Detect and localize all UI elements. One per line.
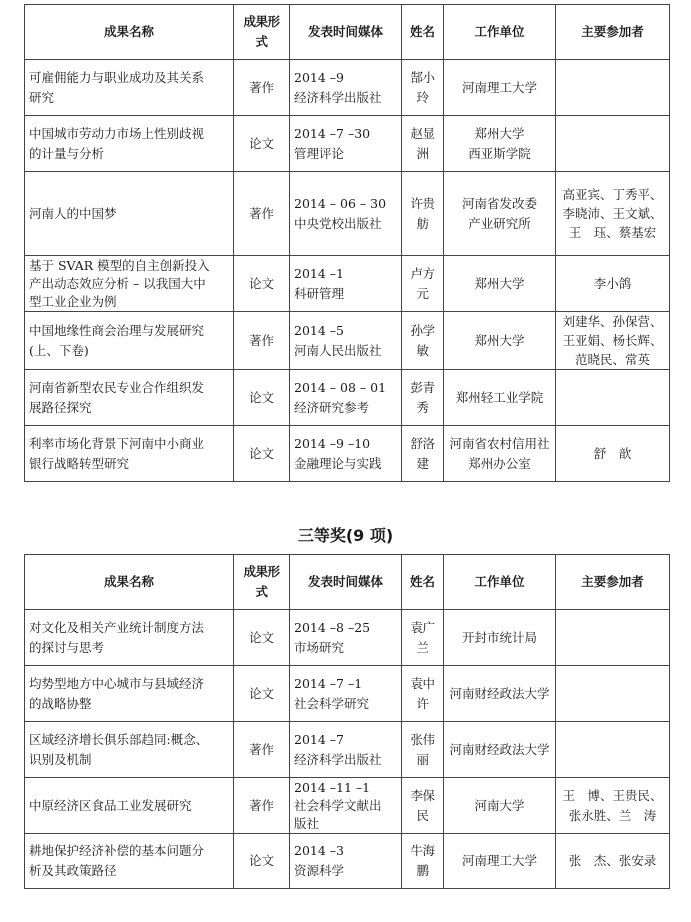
publish-media: 管理评论: [294, 144, 397, 164]
publish-media: 社会科学研究: [294, 694, 397, 714]
cell-participants: 舒 歆: [556, 426, 670, 482]
cell-author: 许贵舫: [402, 172, 444, 256]
publish-media: 中央党校出版社: [294, 214, 397, 234]
header-name: 姓名: [402, 5, 444, 60]
text-line: 耕地保护经济补偿的基本问题分: [29, 841, 229, 861]
header-title: 成果名称: [25, 555, 234, 610]
cell-author: 彭青秀: [402, 370, 444, 426]
publish-date: 2014 – 06 – 30: [294, 194, 397, 214]
text-line: 的战略协整: [29, 694, 229, 714]
cell-unit: 河南财经政法大学: [444, 666, 556, 722]
cell-form: 论文: [234, 610, 290, 666]
table-row: 均势型地方中心城市与县域经济的战略协整论文2014 –7 –1社会科学研究袁中许…: [25, 666, 670, 722]
cell-publish: 2014 –7经济科学出版社: [290, 722, 402, 778]
cell-publish: 2014 –1科研管理: [290, 256, 402, 312]
table-body: 对文化及相关产业统计制度方法的探讨与思考论文2014 –8 –25市场研究袁广兰…: [25, 610, 670, 889]
text-line: 张 杰、张安录: [560, 851, 665, 871]
cell-author: 牛海鹏: [402, 834, 444, 889]
publish-media: 科研管理: [294, 284, 397, 304]
cell-title: 耕地保护经济补偿的基本问题分析及其政策路径: [25, 834, 234, 889]
text-line: 河南理工大学: [448, 78, 551, 98]
text-line: 可雇佣能力与职业成功及其关系: [29, 68, 229, 88]
header-form: 成果形式: [234, 5, 290, 60]
text-line: 郑州轻工业学院: [448, 388, 551, 408]
table-row: 河南省新型农民专业合作组织发展路径探究论文2014 – 08 – 01经济研究参…: [25, 370, 670, 426]
text-line: 河南省新型农民专业合作组织发: [29, 378, 229, 398]
text-line: 区域经济增长俱乐部趋同:概念、: [29, 730, 229, 750]
text-line: 王亚娟、杨长辉、: [560, 331, 665, 350]
publish-date: 2014 –7 –1: [294, 674, 397, 694]
text-line: 河南大学: [448, 796, 551, 816]
publish-media: 河南人民出版社: [294, 341, 397, 361]
text-line: 析及其政策路径: [29, 861, 229, 881]
cell-title: 中国地缘性商会治理与发展研究(上、下卷): [25, 312, 234, 370]
cell-form: 著作: [234, 172, 290, 256]
text-line: 中国地缘性商会治理与发展研究: [29, 321, 229, 341]
cell-title: 河南省新型农民专业合作组织发展路径探究: [25, 370, 234, 426]
cell-title: 基于 SVAR 模型的自主创新投入产出动态效应分析 – 以我国大中型工业企业为例: [25, 256, 234, 312]
cell-publish: 2014 – 08 – 01经济研究参考: [290, 370, 402, 426]
cell-unit: 河南理工大学: [444, 834, 556, 889]
cell-participants: [556, 610, 670, 666]
cell-unit: 河南大学: [444, 778, 556, 834]
cell-participants: [556, 722, 670, 778]
cell-author: 袁广兰: [402, 610, 444, 666]
table-header-row: 成果名称 成果形式 发表时间媒体 姓名 工作单位 主要参加者: [25, 555, 670, 610]
cell-publish: 2014 –11 –1社会科学文献出版社: [290, 778, 402, 834]
header-form: 成果形式: [234, 555, 290, 610]
cell-publish: 2014 – 06 – 30中央党校出版社: [290, 172, 402, 256]
text-line: 开封市统计局: [448, 628, 551, 648]
text-line: 的探讨与思考: [29, 638, 229, 658]
cell-publish: 2014 –9经济科学出版社: [290, 60, 402, 116]
text-line: 王 珏、蔡基宏: [560, 223, 665, 242]
text-line: 李小鸽: [560, 274, 665, 294]
header-unit: 工作单位: [444, 5, 556, 60]
cell-publish: 2014 –3资源科学: [290, 834, 402, 889]
table-row: 耕地保护经济补偿的基本问题分析及其政策路径论文2014 –3资源科学牛海鹏河南理…: [25, 834, 670, 889]
cell-title: 河南人的中国梦: [25, 172, 234, 256]
text-line: 产出动态效应分析 – 以我国大中: [29, 275, 229, 293]
cell-unit: 郑州轻工业学院: [444, 370, 556, 426]
publish-date: 2014 –11 –1: [294, 779, 397, 797]
text-line: 王 博、王贵民、: [560, 786, 665, 806]
publish-date: 2014 –3: [294, 841, 397, 861]
awards-table-third-prize: 成果名称 成果形式 发表时间媒体 姓名 工作单位 主要参加者 对文化及相关产业统…: [24, 554, 670, 889]
cell-title: 区域经济增长俱乐部趋同:概念、识别及机制: [25, 722, 234, 778]
cell-author: 卢方元: [402, 256, 444, 312]
text-line: 范晓民、常英: [560, 350, 665, 369]
publish-date: 2014 –7: [294, 730, 397, 750]
header-publish: 发表时间媒体: [290, 5, 402, 60]
table-row: 对文化及相关产业统计制度方法的探讨与思考论文2014 –8 –25市场研究袁广兰…: [25, 610, 670, 666]
cell-author: 李保民: [402, 778, 444, 834]
table-row: 利率市场化背景下河南中小商业银行战略转型研究论文2014 –9 –10金融理论与…: [25, 426, 670, 482]
table-body: 可雇佣能力与职业成功及其关系研究著作2014 –9经济科学出版社郜小玲河南理工大…: [25, 60, 670, 482]
cell-unit: 河南省农村信用社郑州办公室: [444, 426, 556, 482]
cell-title: 利率市场化背景下河南中小商业银行战略转型研究: [25, 426, 234, 482]
cell-publish: 2014 –9 –10金融理论与实践: [290, 426, 402, 482]
cell-form: 著作: [234, 778, 290, 834]
cell-form: 论文: [234, 834, 290, 889]
cell-participants: [556, 116, 670, 172]
cell-author: 舒洛建: [402, 426, 444, 482]
cell-unit: 河南财经政法大学: [444, 722, 556, 778]
text-line: 郑州办公室: [448, 454, 551, 474]
header-title: 成果名称: [25, 5, 234, 60]
cell-author: 孙学敏: [402, 312, 444, 370]
header-unit: 工作单位: [444, 555, 556, 610]
text-line: 产业研究所: [448, 214, 551, 234]
cell-participants: 李小鸽: [556, 256, 670, 312]
cell-participants: 张 杰、张安录: [556, 834, 670, 889]
cell-publish: 2014 –7 –1社会科学研究: [290, 666, 402, 722]
cell-unit: 河南理工大学: [444, 60, 556, 116]
text-line: 河南省发改委: [448, 194, 551, 214]
publish-date: 2014 –7 –30: [294, 124, 397, 144]
publish-date: 2014 –1: [294, 264, 397, 284]
text-line: 郑州大学: [448, 331, 551, 351]
text-line: 中原经济区食品工业发展研究: [29, 796, 229, 816]
header-participants: 主要参加者: [556, 555, 670, 610]
text-line: 刘建华、孙保营、: [560, 312, 665, 331]
text-line: 河南理工大学: [448, 851, 551, 871]
text-line: 河南财经政法大学: [448, 740, 551, 760]
cell-title: 可雇佣能力与职业成功及其关系研究: [25, 60, 234, 116]
cell-participants: [556, 666, 670, 722]
text-line: 高亚宾、丁秀平、: [560, 185, 665, 204]
cell-form: 著作: [234, 60, 290, 116]
text-line: 李晓沛、王文斌、: [560, 204, 665, 223]
cell-unit: 河南省发改委产业研究所: [444, 172, 556, 256]
text-line: 型工业企业为例: [29, 293, 229, 311]
table-row: 河南人的中国梦著作2014 – 06 – 30中央党校出版社许贵舫河南省发改委产…: [25, 172, 670, 256]
text-line: 研究: [29, 88, 229, 108]
text-line: 基于 SVAR 模型的自主创新投入: [29, 257, 229, 275]
cell-form: 论文: [234, 426, 290, 482]
cell-publish: 2014 –8 –25市场研究: [290, 610, 402, 666]
table-row: 区域经济增长俱乐部趋同:概念、识别及机制著作2014 –7经济科学出版社张伟丽河…: [25, 722, 670, 778]
text-line: 郑州大学: [448, 124, 551, 144]
text-line: 西亚斯学院: [448, 144, 551, 164]
cell-participants: 刘建华、孙保营、王亚娟、杨长辉、范晓民、常英: [556, 312, 670, 370]
cell-title: 中原经济区食品工业发展研究: [25, 778, 234, 834]
text-line: 展路径探究: [29, 398, 229, 418]
cell-unit: 开封市统计局: [444, 610, 556, 666]
publish-media: 资源科学: [294, 861, 397, 881]
publish-media-cont: 版社: [294, 815, 397, 833]
text-line: 河南省农村信用社: [448, 434, 551, 454]
cell-form: 著作: [234, 722, 290, 778]
cell-form: 论文: [234, 256, 290, 312]
text-line: 识别及机制: [29, 750, 229, 770]
publish-date: 2014 –9: [294, 68, 397, 88]
section-title-third-prize: 三等奖(9 项): [0, 523, 691, 546]
text-line: 利率市场化背景下河南中小商业: [29, 434, 229, 454]
cell-unit: 郑州大学: [444, 312, 556, 370]
cell-author: 袁中许: [402, 666, 444, 722]
table-header-row: 成果名称 成果形式 发表时间媒体 姓名 工作单位 主要参加者: [25, 5, 670, 60]
cell-title: 中国城市劳动力市场上性别歧视的计量与分析: [25, 116, 234, 172]
header-publish: 发表时间媒体: [290, 555, 402, 610]
table-row: 中原经济区食品工业发展研究著作2014 –11 –1社会科学文献出版社李保民河南…: [25, 778, 670, 834]
publish-date: 2014 –8 –25: [294, 618, 397, 638]
text-line: 张永胜、兰 涛: [560, 806, 665, 826]
publish-date: 2014 –5: [294, 321, 397, 341]
cell-form: 论文: [234, 666, 290, 722]
cell-form: 论文: [234, 370, 290, 426]
text-line: 对文化及相关产业统计制度方法: [29, 618, 229, 638]
text-line: 河南财经政法大学: [448, 684, 551, 704]
table-row: 中国地缘性商会治理与发展研究(上、下卷)著作2014 –5河南人民出版社孙学敏郑…: [25, 312, 670, 370]
cell-unit: 郑州大学西亚斯学院: [444, 116, 556, 172]
cell-author: 张伟丽: [402, 722, 444, 778]
cell-author: 郜小玲: [402, 60, 444, 116]
cell-participants: 高亚宾、丁秀平、李晓沛、王文斌、王 珏、蔡基宏: [556, 172, 670, 256]
text-line: (上、下卷): [29, 341, 229, 361]
header-name: 姓名: [402, 555, 444, 610]
table-row: 可雇佣能力与职业成功及其关系研究著作2014 –9经济科学出版社郜小玲河南理工大…: [25, 60, 670, 116]
publish-media: 经济科学出版社: [294, 750, 397, 770]
text-line: 河南人的中国梦: [29, 204, 229, 224]
publish-date: 2014 – 08 – 01: [294, 378, 397, 398]
cell-title: 对文化及相关产业统计制度方法的探讨与思考: [25, 610, 234, 666]
publish-media: 金融理论与实践: [294, 454, 397, 474]
text-line: 均势型地方中心城市与县域经济: [29, 674, 229, 694]
cell-title: 均势型地方中心城市与县域经济的战略协整: [25, 666, 234, 722]
cell-unit: 郑州大学: [444, 256, 556, 312]
text-line: 中国城市劳动力市场上性别歧视: [29, 124, 229, 144]
cell-form: 论文: [234, 116, 290, 172]
text-line: 舒 歆: [560, 444, 665, 464]
publish-date: 2014 –9 –10: [294, 434, 397, 454]
cell-publish: 2014 –7 –30管理评论: [290, 116, 402, 172]
cell-author: 赵显洲: [402, 116, 444, 172]
table-row: 基于 SVAR 模型的自主创新投入产出动态效应分析 – 以我国大中型工业企业为例…: [25, 256, 670, 312]
publish-media: 经济研究参考: [294, 398, 397, 418]
text-line: 银行战略转型研究: [29, 454, 229, 474]
header-participants: 主要参加者: [556, 5, 670, 60]
cell-publish: 2014 –5河南人民出版社: [290, 312, 402, 370]
text-line: 的计量与分析: [29, 144, 229, 164]
table-row: 中国城市劳动力市场上性别歧视的计量与分析论文2014 –7 –30管理评论赵显洲…: [25, 116, 670, 172]
cell-participants: 王 博、王贵民、张永胜、兰 涛: [556, 778, 670, 834]
cell-participants: [556, 60, 670, 116]
publish-media: 市场研究: [294, 638, 397, 658]
publish-media: 经济科学出版社: [294, 88, 397, 108]
cell-form: 著作: [234, 312, 290, 370]
text-line: 郑州大学: [448, 274, 551, 294]
cell-participants: [556, 370, 670, 426]
awards-table-second-prize: 成果名称 成果形式 发表时间媒体 姓名 工作单位 主要参加者 可雇佣能力与职业成…: [24, 4, 670, 482]
publish-media: 社会科学文献出: [294, 797, 397, 815]
